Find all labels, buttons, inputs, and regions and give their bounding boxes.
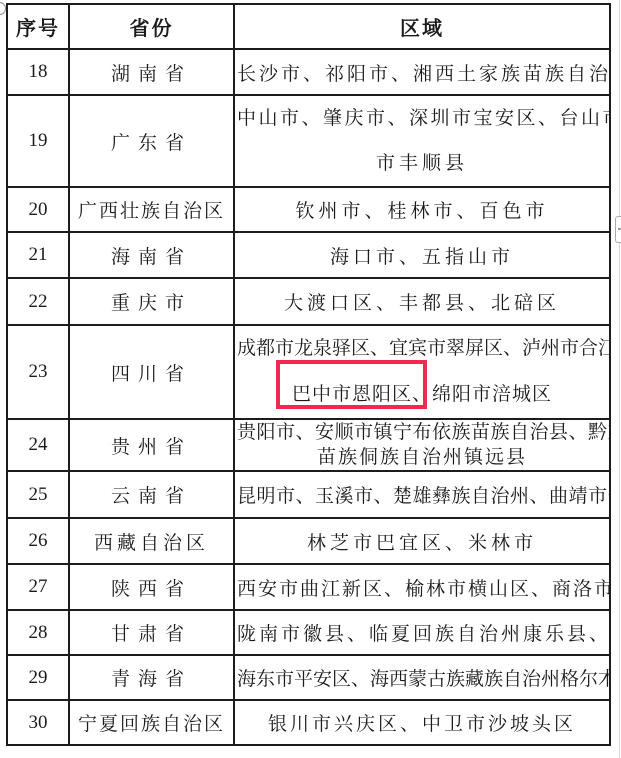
row-number-cell: 23 xyxy=(7,325,69,419)
row-number-cell: 25 xyxy=(7,471,69,518)
region-line: 银川市兴庆区、中卫市沙坡头区 xyxy=(237,709,607,736)
province-cell: 甘肃省 xyxy=(69,610,234,655)
row-number-cell: 22 xyxy=(7,278,69,325)
province-cell: 海南省 xyxy=(69,232,234,278)
province-cell: 广西壮族自治区 xyxy=(69,187,234,232)
region-line: 陇南市徽县、临夏回族自治州康乐县、天水市 xyxy=(237,619,607,646)
header-province: 省份 xyxy=(69,4,234,49)
row-number-cell: 30 xyxy=(7,700,69,745)
table-row: 20广西壮族自治区钦州市、桂林市、百色市 xyxy=(7,187,610,232)
region-cell: 陇南市徽县、临夏回族自治州康乐县、天水市 xyxy=(234,610,610,655)
table-row: 29青海省海东市平安区、海西蒙古族藏族自治州格尔木市 xyxy=(7,655,610,700)
region-cell: 贵阳市、安顺市镇宁布依族苗族自治县、黔东南苗族侗族自治州镇远县 xyxy=(234,419,610,471)
region-cell: 林芝市巴宜区、米林市 xyxy=(234,518,610,564)
table-row: 28甘肃省陇南市徽县、临夏回族自治州康乐县、天水市 xyxy=(7,610,610,655)
province-cell: 四川省 xyxy=(69,325,234,419)
region-cell: 中山市、肇庆市、深圳市宝安区、台山市、梅州市丰顺县 xyxy=(234,95,610,187)
document-page: 序号 省份 区域 18湖南省长沙市、祁阳市、湘西土家族苗族自治州龙山县19广东省… xyxy=(0,0,621,758)
row-number-cell: 21 xyxy=(7,232,69,278)
header-serial-number: 序号 xyxy=(7,4,69,49)
table-row: 22重庆市大渡口区、丰都县、北碚区 xyxy=(7,278,610,325)
row-number-cell: 20 xyxy=(7,187,69,232)
region-line: 林芝市巴宜区、米林市 xyxy=(237,528,607,555)
table-row: 21海南省海口市、五指山市 xyxy=(7,232,610,278)
region-line: 西安市曲江新区、榆林市横山区、商洛市商南县 xyxy=(237,574,607,601)
region-line: 苗族侗族自治州镇远县 xyxy=(237,445,607,470)
region-cell: 成都市龙泉驿区、宜宾市翠屏区、泸州市合江县、巴中市恩阳区、绵阳市涪城区 xyxy=(234,325,610,419)
region-cell: 银川市兴庆区、中卫市沙坡头区 xyxy=(234,700,610,745)
province-cell: 宁夏回族自治区 xyxy=(69,700,234,745)
region-cell: 钦州市、桂林市、百色市 xyxy=(234,187,610,232)
region-line: 成都市龙泉驿区、宜宾市翠屏区、泸州市合江县、 xyxy=(237,326,607,372)
region-table: 序号 省份 区域 18湖南省长沙市、祁阳市、湘西土家族苗族自治州龙山县19广东省… xyxy=(6,3,611,746)
province-cell: 云南省 xyxy=(69,471,234,518)
region-cell: 昆明市、玉溪市、楚雄彝族自治州、曲靖市会泽县 xyxy=(234,471,610,518)
row-number-cell: 24 xyxy=(7,419,69,471)
row-number-cell: 27 xyxy=(7,564,69,610)
region-line: 贵阳市、安顺市镇宁布依族苗族自治县、黔东南 xyxy=(237,420,607,445)
row-number-cell: 29 xyxy=(7,655,69,700)
region-line: 市丰顺县 xyxy=(237,141,607,186)
region-line: 钦州市、桂林市、百色市 xyxy=(237,196,607,223)
province-cell: 陕西省 xyxy=(69,564,234,610)
table-row: 23四川省成都市龙泉驿区、宜宾市翠屏区、泸州市合江县、巴中市恩阳区、绵阳市涪城区 xyxy=(7,325,610,419)
region-cell: 海口市、五指山市 xyxy=(234,232,610,278)
page-edge-line xyxy=(619,0,620,758)
province-cell: 贵州省 xyxy=(69,419,234,471)
province-cell: 重庆市 xyxy=(69,278,234,325)
province-cell: 青海省 xyxy=(69,655,234,700)
table-row: 27陕西省西安市曲江新区、榆林市横山区、商洛市商南县 xyxy=(7,564,610,610)
table-row: 24贵州省贵阳市、安顺市镇宁布依族苗族自治县、黔东南苗族侗族自治州镇远县 xyxy=(7,419,610,471)
row-number-cell: 18 xyxy=(7,49,69,95)
province-cell: 西藏自治区 xyxy=(69,518,234,564)
region-line: 中山市、肇庆市、深圳市宝安区、台山市、梅州 xyxy=(237,96,607,141)
province-cell: 湖南省 xyxy=(69,49,234,95)
region-line: 海口市、五指山市 xyxy=(237,242,607,269)
comment-bubble-icon[interactable] xyxy=(615,216,621,243)
region-cell: 大渡口区、丰都县、北碚区 xyxy=(234,278,610,325)
table-row: 26西藏自治区林芝市巴宜区、米林市 xyxy=(7,518,610,564)
header-region: 区域 xyxy=(234,4,610,49)
row-number-cell: 26 xyxy=(7,518,69,564)
region-line: 昆明市、玉溪市、楚雄彝族自治州、曲靖市会泽县 xyxy=(237,481,607,508)
province-cell: 广东省 xyxy=(69,95,234,187)
region-line: 大渡口区、丰都县、北碚区 xyxy=(237,288,607,315)
region-cell: 西安市曲江新区、榆林市横山区、商洛市商南县 xyxy=(234,564,610,610)
table-row: 30宁夏回族自治区银川市兴庆区、中卫市沙坡头区 xyxy=(7,700,610,745)
table-row: 18湖南省长沙市、祁阳市、湘西土家族苗族自治州龙山县 xyxy=(7,49,610,95)
table-row: 19广东省中山市、肇庆市、深圳市宝安区、台山市、梅州市丰顺县 xyxy=(7,95,610,187)
region-cell: 长沙市、祁阳市、湘西土家族苗族自治州龙山县 xyxy=(234,49,610,95)
region-line: 海东市平安区、海西蒙古族藏族自治州格尔木市 xyxy=(237,664,607,691)
row-number-cell: 28 xyxy=(7,610,69,655)
region-line: 巴中市恩阳区、绵阳市涪城区 xyxy=(237,372,607,418)
row-number-cell: 19 xyxy=(7,95,69,187)
region-line: 长沙市、祁阳市、湘西土家族苗族自治州龙山县 xyxy=(237,59,607,86)
table-row: 25云南省昆明市、玉溪市、楚雄彝族自治州、曲靖市会泽县 xyxy=(7,471,610,518)
table-header-row: 序号 省份 区域 xyxy=(7,4,610,49)
region-cell: 海东市平安区、海西蒙古族藏族自治州格尔木市 xyxy=(234,655,610,700)
